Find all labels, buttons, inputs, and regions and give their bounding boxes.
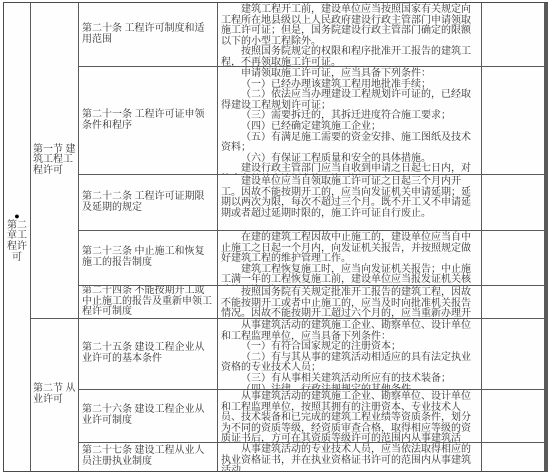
note-cell	[482, 3, 544, 66]
note-cell	[482, 319, 544, 389]
article-title-text: 第二十七条 建设工程从业人员注册执业制度	[82, 446, 214, 467]
content-paragraph: 按照国务院规定的权限和程序批准开工报告的建筑工程，不再领取施工许可证。	[221, 47, 478, 66]
section-2-title: 第二节 从业许可	[33, 384, 76, 405]
content-paragraph: （二）依法应当办理建设工程规划许可证的，已经取得建设工程规划许可证；	[221, 90, 478, 111]
article-title-27: 第二十七条 建设工程从业人员注册执业制度	[79, 443, 217, 471]
content-paragraph: 建筑工程恢复施工时，应当向发证机关报告；中止施工满一年的工程恢复施工前，建设单位…	[221, 265, 478, 285]
article-title-text: 第二十二条 工程许可证期限及延期的规定	[82, 192, 214, 213]
content-paragraph: 在建的建筑工程因故中止施工的，建设单位应当自中止施工之日起一个月内，向发证机关报…	[221, 233, 478, 265]
note-cell	[482, 67, 544, 174]
article-title-22: 第二十二条 工程许可证期限及延期的规定	[79, 175, 217, 230]
article-content-27: 从事建筑活动的专业技术人员，应当依法取得相应的执业资格证书，并在执业资格证书许可…	[218, 443, 481, 471]
article-title-text: 第二十一条 工程许可证申领条件和程序	[82, 110, 214, 131]
content-paragraph: 建设单位应当自领取施工许可证之日起三个月内开工。因故不能按期开工的，应当向发证机…	[221, 177, 478, 219]
note-cell	[482, 390, 544, 442]
content-paragraph: 申请领取施工许可证，应当具备下列条件：	[221, 69, 478, 80]
article-content-23: 在建的建筑工程因故中止施工的，建设单位应当自中止施工之日起一个月内，向发证机关报…	[218, 231, 481, 285]
article-title-23: 第二十三条 中止施工和恢复施工的报告制度	[79, 231, 217, 285]
article-title-text: 第二十六条 建设工程企业从业许可制度	[82, 405, 214, 426]
content-paragraph: （五）有满足施工需要的资金安排、施工图纸及技术资料；	[221, 133, 478, 154]
content-paragraph: （四）法律、行政法规规定的其他条件。	[221, 385, 478, 389]
content-paragraph: （二）有与其从事的建筑活动相适应的具有法定执业资格的专业技术人员；	[221, 353, 478, 374]
chapter-cell: ● 第二章工程许可	[4, 3, 30, 471]
article-title-24: 第二十四条 不能按期开工或中止施工的报告及重新申领工程许可制度	[79, 286, 217, 318]
article-content-21: 申请领取施工许可证，应当具备下列条件： （一）已经办理该建筑工程用地批准手续； …	[218, 67, 481, 174]
section-1-title: 第一节 建筑工程工程许可	[33, 145, 76, 177]
section-2-cell: 第二节 从业许可	[31, 319, 78, 471]
document-page: ● 第二章工程许可 第一节 建筑工程工程许可 第二节 从业许可 第二十条 工程许…	[0, 0, 548, 474]
note-cell	[482, 231, 544, 285]
content-paragraph: （四）已经确定建筑施工企业；	[221, 122, 478, 133]
content-paragraph: （三）有从事相关建筑活动所应有的技术装备；	[221, 374, 478, 385]
chapter-title: 第二章工程许可	[4, 221, 30, 263]
content-paragraph: 从事建筑活动的专业技术人员，应当依法取得相应的执业资格证书，并在执业资格证书许可…	[221, 445, 478, 471]
article-title-20: 第二十条 工程许可制度和适用范围	[79, 3, 217, 66]
note-cell	[482, 175, 544, 230]
article-title-text: 第二十四条 不能按期开工或中止施工的报告及重新申领工程许可制度	[82, 286, 214, 318]
article-title-21: 第二十一条 工程许可证申领条件和程序	[79, 67, 217, 174]
article-title-text: 第二十条 工程许可制度和适用范围	[82, 24, 214, 45]
content-paragraph: 建筑工程开工前，建设单位应当按照国家有关规定向工程所在地县级以上人民政府建设行政…	[221, 5, 478, 47]
article-title-text: 第二十五条 建设工程企业从业许可的基本条件	[82, 343, 214, 364]
article-content-26: 从事建筑活动的建筑施工企业、勘察单位、设计单位和工程监理单位，按照其拥有的注册资…	[218, 390, 481, 442]
note-cell	[482, 286, 544, 318]
content-paragraph: 建设行政主管部门应当自收到申请之日起七日内，对符合条件的申请颁发施工许可证。	[221, 164, 478, 174]
article-title-25: 第二十五条 建设工程企业从业许可的基本条件	[79, 319, 217, 389]
content-paragraph: 从事建筑活动的建筑施工企业、勘察单位、设计单位和工程监理单位，按照其拥有的注册资…	[221, 392, 478, 442]
article-title-text: 第二十三条 中止施工和恢复施工的报告制度	[82, 247, 214, 268]
article-content-22: 建设单位应当自领取施工许可证之日起三个月内开工。因故不能按期开工的，应当向发证机…	[218, 175, 481, 230]
article-content-24: 按照国务院有关规定批准开工报告的建筑工程，因故不能按期开工或者中止施工的，应当及…	[218, 286, 481, 318]
law-article-table: ● 第二章工程许可 第一节 建筑工程工程许可 第二节 从业许可 第二十条 工程许…	[3, 2, 548, 472]
article-content-25: 从事建筑活动的建筑施工企业、勘察单位、设计单位和工程监理单位，应当具备下列条件：…	[218, 319, 481, 389]
section-1-cell: 第一节 建筑工程工程许可	[31, 3, 78, 318]
note-cell	[482, 443, 544, 471]
content-paragraph: 按照国务院有关规定批准开工报告的建筑工程，因故不能按期开工或者中止施工的，应当及…	[221, 288, 478, 318]
article-content-20: 建筑工程开工前，建设单位应当按照国家有关规定向工程所在地县级以上人民政府建设行政…	[218, 3, 481, 66]
content-paragraph: 从事建筑活动的建筑施工企业、勘察单位、设计单位和工程监理单位，应当具备下列条件：	[221, 321, 478, 342]
article-title-26: 第二十六条 建设工程企业从业许可制度	[79, 390, 217, 442]
